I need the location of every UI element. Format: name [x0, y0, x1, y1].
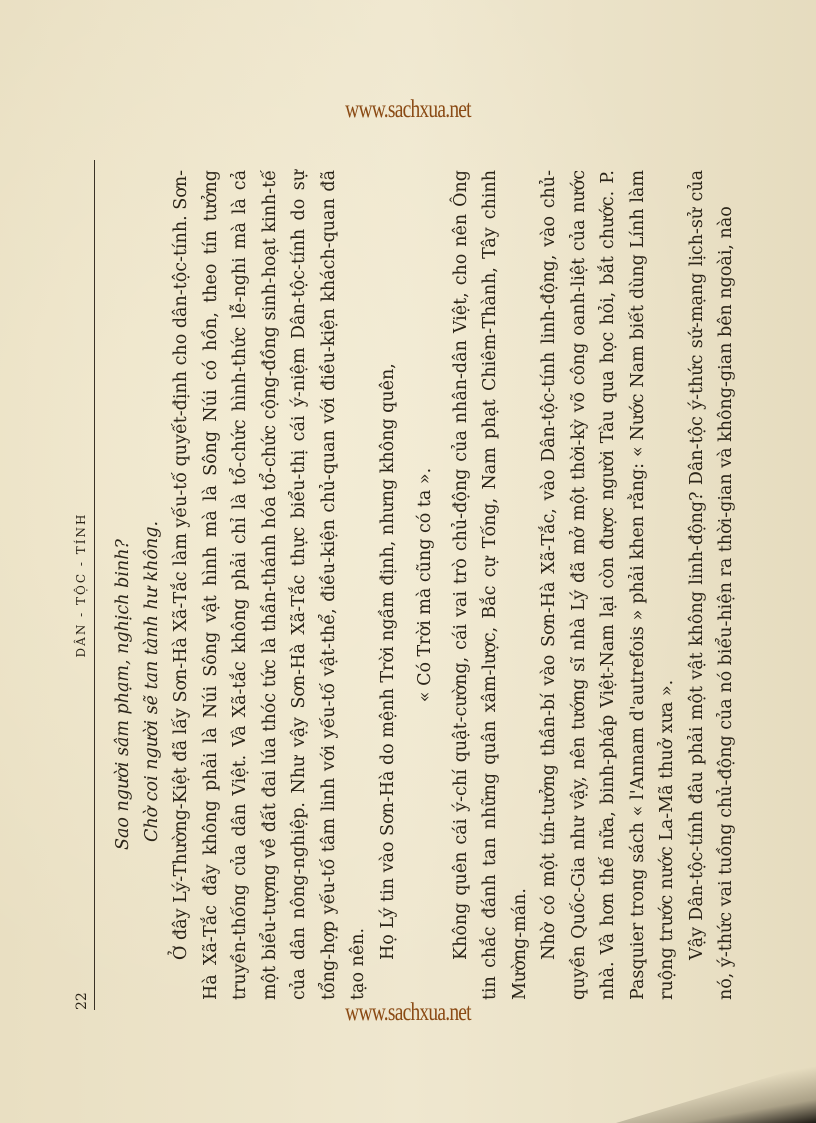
paragraph: Không quên cái ý-chí quật-cường, cái vai…: [447, 170, 536, 1000]
page-body: Sao người sâm phạm, nghịch binh? Chờ coi…: [95, 160, 742, 1010]
rotated-page-content: 22 DÂN - TỘC - TÍNH Sao người sâm phạm, …: [60, 160, 740, 1010]
paragraph: Ở đây Lý-Thường-Kiệt đã lấy Sơn-Hà Xã-Tắ…: [167, 170, 374, 1000]
watermark-bottom: www.sachxua.net: [90, 999, 726, 1027]
paragraph: Họ Lý tin vào Sơn-Hà do mệnh Trời ngầm đ…: [374, 170, 404, 1000]
verse-line: Sao người sâm phạm, nghịch binh?: [109, 170, 138, 850]
paragraph: Nhờ có một tín-tưởng thần-bí vào Sơn-Hà …: [535, 170, 683, 1000]
page-header: 22 DÂN - TỘC - TÍNH: [60, 160, 95, 1010]
paragraph: Vậy Dân-tộc-tính đâu phải một vật không …: [683, 170, 742, 1000]
verse-block: Sao người sâm phạm, nghịch binh? Chờ coi…: [109, 170, 167, 1000]
quote: « Có Trời mà cũng có ta ».: [411, 170, 441, 1000]
watermark-top: www.sachxua.net: [90, 96, 726, 124]
verse-line: Chờ coi người sẽ tan tành hư không.: [138, 170, 167, 850]
running-title: DÂN - TỘC - TÍNH: [74, 160, 88, 1010]
